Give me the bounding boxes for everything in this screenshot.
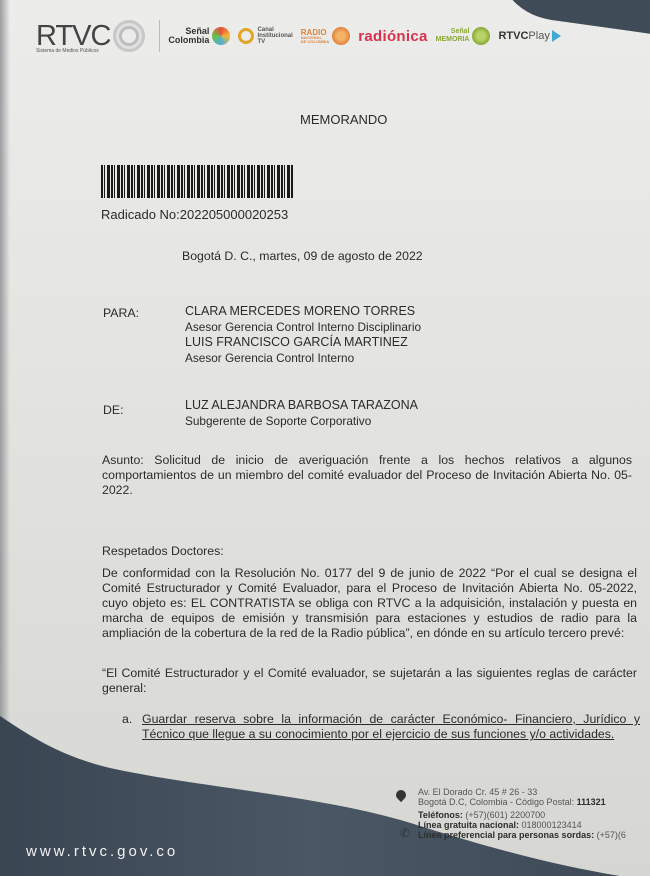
- radio-nacional-icon: [332, 27, 350, 45]
- list-item: Guardar reserva sobre la información de …: [142, 712, 640, 742]
- document-title: MEMORANDO: [300, 112, 387, 127]
- free-line-label: Línea gratuita nacional:: [418, 820, 522, 830]
- address-line1: Av. El Dorado Cr. 45 # 26 - 33: [418, 787, 606, 797]
- address-line2: Bogotá D.C, Colombia - Código Postal:: [418, 797, 577, 807]
- radicado-number: Radicado No:202205000020253: [101, 207, 288, 222]
- senal-colombia-logo: Señal Colombia: [168, 27, 230, 45]
- recipient-role: Asesor Gerencia Control Interno Discipli…: [185, 320, 421, 336]
- spiral-icon: [113, 20, 145, 52]
- list-marker: a.: [122, 712, 132, 727]
- rtvc-logo: RTVC Sistema de Medios Públicos: [36, 20, 145, 52]
- recipient-name: CLARA MERCEDES MORENO TORRES: [185, 304, 421, 320]
- footer-phones: Teléfonos: (+57)(601) 2200700 Línea grat…: [418, 810, 626, 840]
- barcode: [101, 165, 294, 198]
- subject-paragraph: Asunto: Solicitud de inicio de averiguac…: [102, 453, 632, 498]
- sender-role: Subgerente de Soporte Corporativo: [185, 414, 418, 430]
- recipient-name: LUIS FRANCISCO GARCÍA MARTINEZ: [185, 335, 421, 351]
- rtvc-tagline: Sistema de Medios Públicos: [36, 48, 99, 54]
- memoria-line1: Señal: [436, 28, 470, 36]
- de-label: DE:: [103, 403, 124, 418]
- recipients-block: CLARA MERCEDES MORENO TORRES Asesor Gere…: [185, 304, 421, 366]
- canal-institucional-logo: Canal Institucional TV: [238, 27, 292, 45]
- senal-memoria-icon: [472, 27, 490, 45]
- radionica-logo: radiónica: [358, 28, 427, 45]
- memoria-line2: MEMORIA: [436, 36, 470, 44]
- free-line-value: 018000123414: [522, 820, 582, 830]
- radio-nacional-line3: DE COLOMBIA: [301, 40, 329, 44]
- postal-code: 111321: [577, 797, 606, 807]
- document-date: Bogotá D. C., martes, 09 de agosto de 20…: [182, 249, 423, 264]
- play-icon: [552, 30, 561, 42]
- deaf-line-label: Línea preferencial para personas sordas:: [418, 830, 597, 840]
- phones-value: (+57)(601) 2200700: [465, 810, 545, 820]
- senal-memoria-logo: Señal MEMORIA: [436, 27, 491, 45]
- rules-list: a. Guardar reserva sobre la información …: [122, 712, 640, 742]
- rtvc-wordmark: RTVC: [36, 22, 110, 50]
- header-divider: [159, 20, 160, 52]
- canal-institucional-icon: [238, 28, 254, 44]
- header-logos: RTVC Sistema de Medios Públicos Señal Co…: [36, 16, 569, 56]
- sender-name: LUZ ALEJANDRA BARBOSA TARAZONA: [185, 398, 418, 414]
- deaf-line-value: (+57)(6: [597, 830, 626, 840]
- senal-colombia-line2: Colombia: [168, 36, 209, 45]
- sender-block: LUZ ALEJANDRA BARBOSA TARAZONA Subgerent…: [185, 398, 418, 429]
- footer-address: Av. El Dorado Cr. 45 # 26 - 33 Bogotá D.…: [418, 787, 606, 807]
- rtvc-play-light: Play: [528, 30, 549, 42]
- rtvc-play-bold: RTVC: [498, 30, 528, 42]
- para-label: PARA:: [103, 306, 139, 321]
- recipient-role: Asesor Gerencia Control Interno: [185, 351, 421, 367]
- salutation: Respetados Doctores:: [102, 544, 224, 559]
- rtvc-play-logo: RTVCPlay: [498, 30, 560, 42]
- canal-line3: TV: [257, 39, 292, 45]
- phones-label: Teléfonos:: [418, 810, 465, 820]
- memo-page: RTVC Sistema de Medios Públicos Señal Co…: [0, 0, 650, 876]
- body-paragraph-1: De conformidad con la Resolución No. 017…: [102, 566, 637, 641]
- radio-nacional-logo: RADIO NACIONAL DE COLOMBIA: [301, 27, 350, 45]
- senal-colombia-icon: [212, 27, 230, 45]
- website-link[interactable]: www.rtvc.gov.co: [26, 843, 178, 860]
- body-paragraph-2: “El Comité Estructurador y el Comité eva…: [102, 666, 637, 696]
- phone-icon: ✆: [400, 826, 410, 840]
